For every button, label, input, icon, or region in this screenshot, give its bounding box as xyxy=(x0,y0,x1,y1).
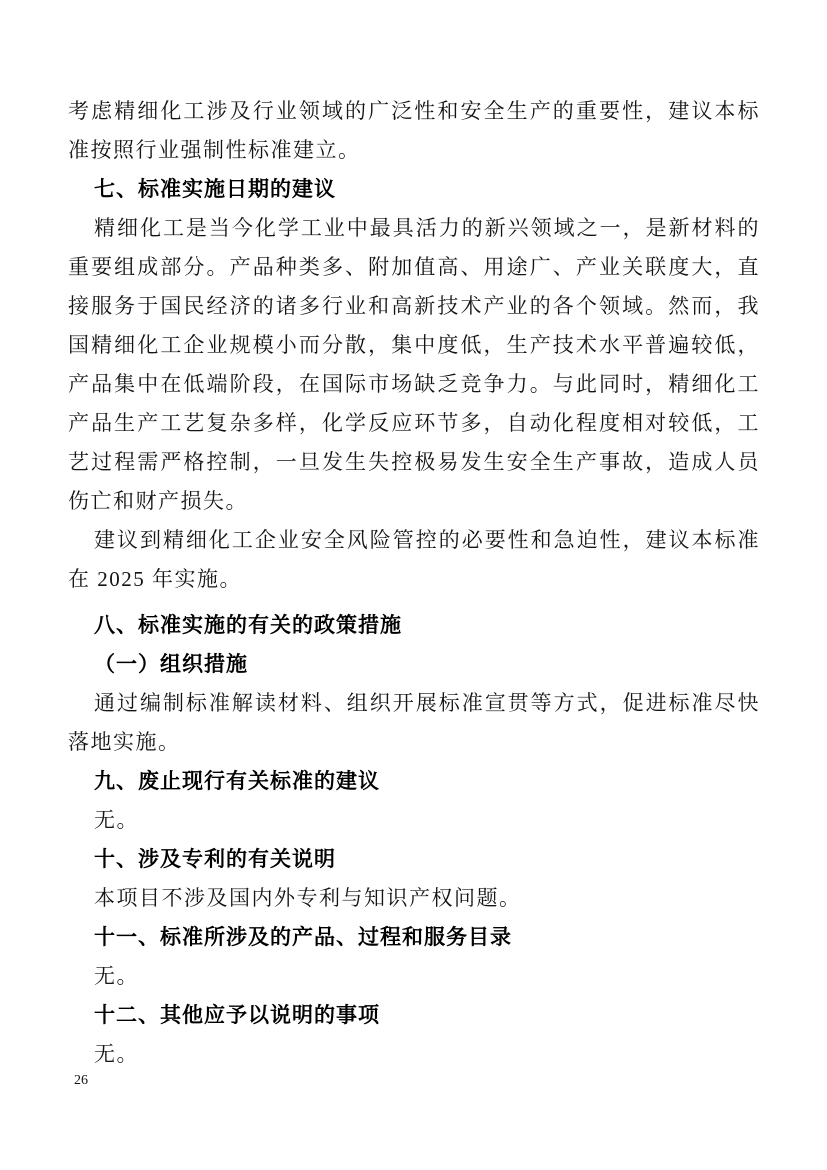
paragraph-implementation-recommendation: 建议到精细化工企业安全风险管控的必要性和急迫性，建议本标准在 2025 年实施。 xyxy=(68,521,760,599)
document-page: 考虑精细化工涉及行业领域的广泛性和安全生产的重要性，建议本标准按照行业强制性标准… xyxy=(0,0,827,1170)
subsection-heading-1-organizational-measures: （一）组织措施 xyxy=(68,645,760,684)
section-heading-11-product-process-service-catalog: 十一、标准所涉及的产品、过程和服务目录 xyxy=(68,918,760,957)
section-heading-7-implementation-date: 七、标准实施日期的建议 xyxy=(68,170,760,209)
page-content: 考虑精细化工涉及行业领域的广泛性和安全生产的重要性，建议本标准按照行业强制性标准… xyxy=(68,92,760,1074)
section-heading-12-other-matters: 十二、其他应予以说明的事项 xyxy=(68,996,760,1035)
paragraph-organizational-measures: 通过编制标准解读材料、组织开展标准宣贯等方式，促进标准尽快落地实施。 xyxy=(68,684,760,762)
page-number: 26 xyxy=(74,1072,88,1090)
paragraph-continuation-from-previous-page: 考虑精细化工涉及行业领域的广泛性和安全生产的重要性，建议本标准按照行业强制性标准… xyxy=(68,92,760,170)
paragraph-none-3: 无。 xyxy=(68,1035,760,1074)
section-heading-8-policy-measures: 八、标准实施的有关的政策措施 xyxy=(68,606,760,645)
paragraph-industry-overview: 精细化工是当今化学工业中最具活力的新兴领域之一，是新材料的重要组成部分。产品种类… xyxy=(68,209,760,521)
section-heading-10-patent-statement: 十、涉及专利的有关说明 xyxy=(68,840,760,879)
paragraph-none-1: 无。 xyxy=(68,801,760,840)
paragraph-none-2: 无。 xyxy=(68,957,760,996)
paragraph-patent-statement: 本项目不涉及国内外专利与知识产权问题。 xyxy=(68,879,760,918)
section-heading-9-abolish-standards: 九、废止现行有关标准的建议 xyxy=(68,762,760,801)
